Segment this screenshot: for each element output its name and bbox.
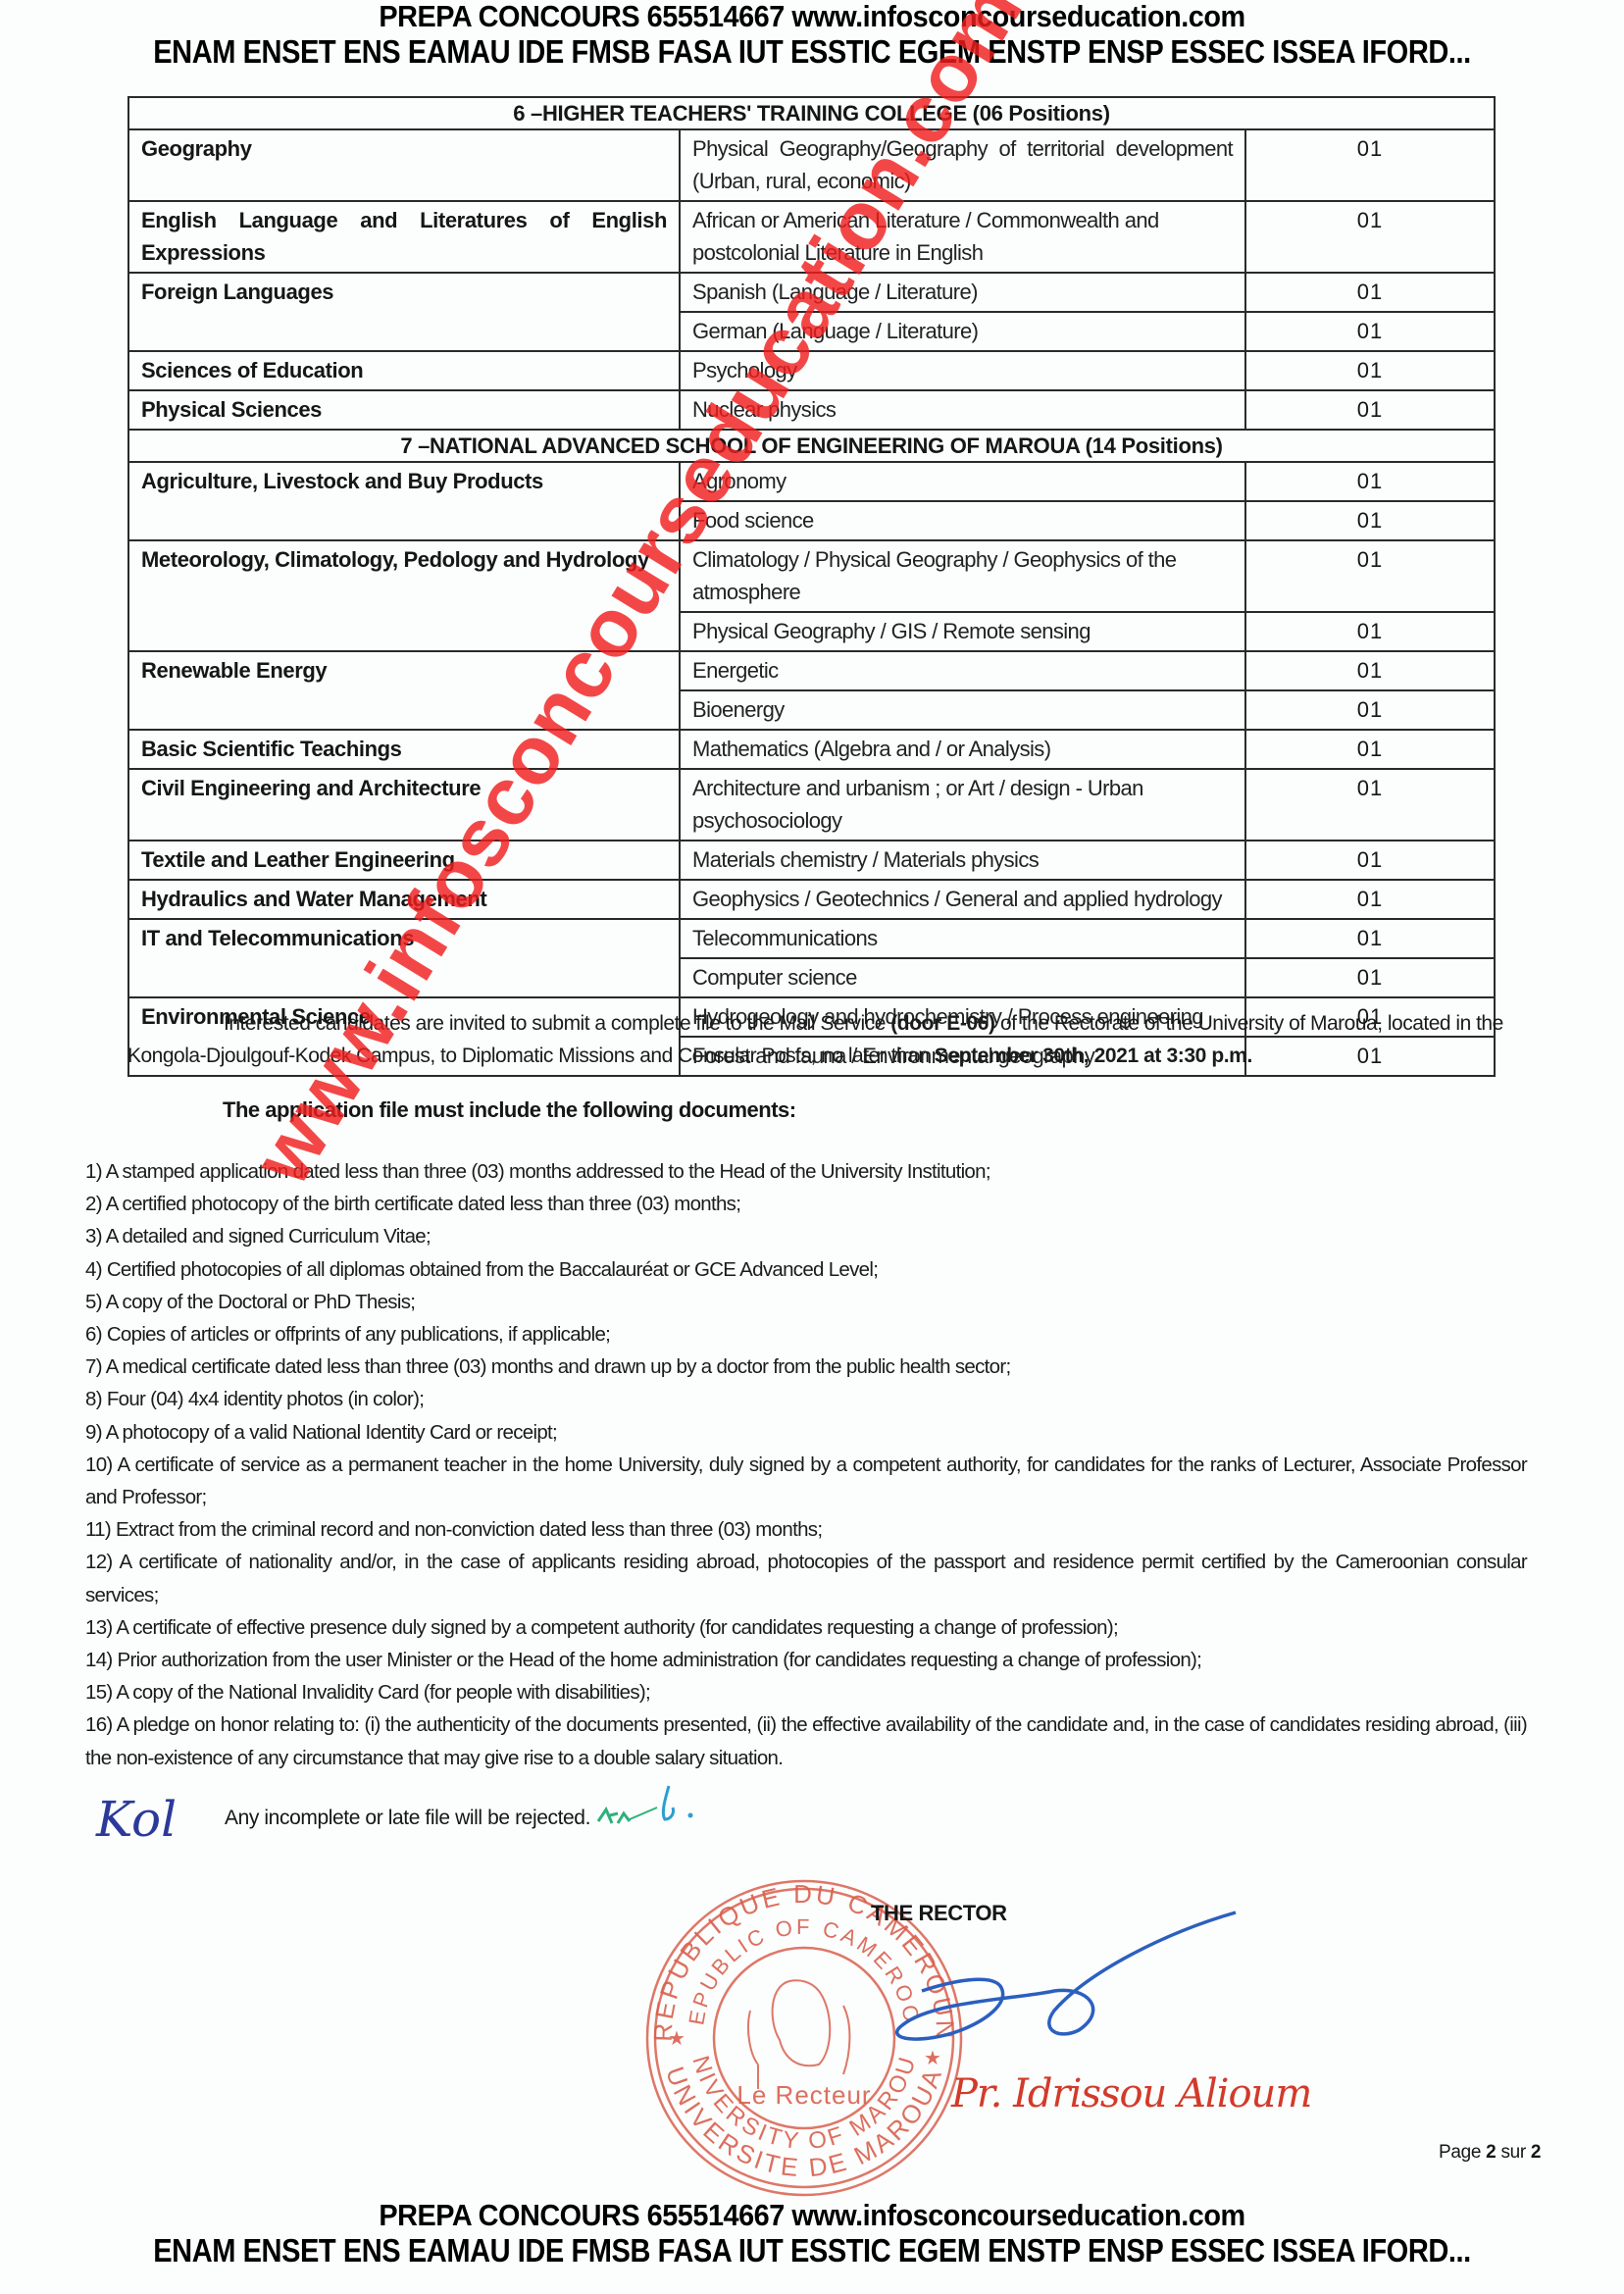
document-item: 5) A copy of the Doctoral or PhD Thesis; bbox=[85, 1286, 1527, 1318]
specialty-cell: German (Language / Literature) bbox=[680, 312, 1245, 351]
specialty-cell: Computer science bbox=[680, 958, 1245, 997]
specialty-cell: Mathematics (Algebra and / or Analysis) bbox=[680, 730, 1245, 769]
documents-list: 1) A stamped application dated less than… bbox=[85, 1155, 1527, 1774]
table-row: Renewable EnergyEnergetic01 bbox=[128, 651, 1495, 690]
table-row: Civil Engineering and ArchitectureArchit… bbox=[128, 769, 1495, 841]
specialty-cell: Food science bbox=[680, 501, 1245, 540]
banner-line-1: PREPA CONCOURS 655514667 www.infosconcou… bbox=[57, 2199, 1567, 2232]
positions-cell: 01 bbox=[1245, 273, 1495, 312]
table-row: Agriculture, Livestock and Buy ProductsA… bbox=[128, 462, 1495, 501]
svg-text:★: ★ bbox=[924, 2048, 944, 2069]
document-item: 15) A copy of the National Invalidity Ca… bbox=[85, 1676, 1527, 1708]
table-row: Basic Scientific TeachingsMathematics (A… bbox=[128, 730, 1495, 769]
intro-paragraph: Interested candidates are invited to sub… bbox=[127, 1007, 1530, 1072]
department-cell: Foreign Languages bbox=[128, 273, 680, 351]
page-total: 2 bbox=[1531, 2142, 1541, 2163]
department-cell: Geography bbox=[128, 129, 680, 201]
section-title: 7 –NATIONAL ADVANCED SCHOOL OF ENGINEERI… bbox=[128, 430, 1495, 462]
department-cell: Sciences of Education bbox=[128, 351, 680, 390]
specialty-cell: Climatology / Physical Geography / Geoph… bbox=[680, 540, 1245, 612]
positions-cell: 01 bbox=[1245, 390, 1495, 430]
door-number: (door E-06) bbox=[890, 1012, 994, 1035]
positions-cell: 01 bbox=[1245, 730, 1495, 769]
table-row: Sciences of EducationPsychology01 bbox=[128, 351, 1495, 390]
document-item: 13) A certificate of effective presence … bbox=[85, 1611, 1527, 1644]
specialty-cell: Physical Geography/Geography of territor… bbox=[680, 129, 1245, 201]
specialty-cell: Nuclear physics bbox=[680, 390, 1245, 430]
table-row: Physical SciencesNuclear physics01 bbox=[128, 390, 1495, 430]
page-number: Page 2 sur 2 bbox=[1439, 2142, 1541, 2164]
banner-line-2: ENAM ENSET ENS EAMAU IDE FMSB FASA IUT E… bbox=[97, 33, 1526, 71]
document-item: 9) A photocopy of a valid National Ident… bbox=[85, 1416, 1527, 1449]
documents-heading: The application file must include the fo… bbox=[223, 1097, 796, 1123]
document-item: 14) Prior authorization from the user Mi… bbox=[85, 1644, 1527, 1676]
banner-top: PREPA CONCOURS 655514667 www.infosconcou… bbox=[0, 0, 1624, 71]
document-item: 3) A detailed and signed Curriculum Vita… bbox=[85, 1220, 1527, 1252]
final-note: Any incomplete or late file will be reje… bbox=[225, 1807, 590, 1830]
document-item: 8) Four (04) 4x4 identity photos (in col… bbox=[85, 1383, 1527, 1415]
svg-text:Le Recteur: Le Recteur bbox=[736, 2080, 871, 2110]
positions-cell: 01 bbox=[1245, 129, 1495, 201]
specialty-cell: Geophysics / Geotechnics / General and a… bbox=[680, 880, 1245, 919]
department-cell: Agriculture, Livestock and Buy Products bbox=[128, 462, 680, 540]
document-item: 7) A medical certificate dated less than… bbox=[85, 1351, 1527, 1383]
table-row: Textile and Leather EngineeringMaterials… bbox=[128, 841, 1495, 880]
specialty-cell: Agronomy bbox=[680, 462, 1245, 501]
positions-cell: 01 bbox=[1245, 880, 1495, 919]
section-header-row: 6 –HIGHER TEACHERS' TRAINING COLLEGE (06… bbox=[128, 97, 1495, 129]
department-cell: Civil Engineering and Architecture bbox=[128, 769, 680, 841]
department-cell: English Language and Literatures of Engl… bbox=[128, 201, 680, 273]
specialty-cell: Spanish (Language / Literature) bbox=[680, 273, 1245, 312]
department-cell: Hydraulics and Water Management bbox=[128, 880, 680, 919]
rector-title: THE RECTOR bbox=[871, 1901, 1007, 1926]
positions-cell: 01 bbox=[1245, 690, 1495, 730]
department-cell: Basic Scientific Teachings bbox=[128, 730, 680, 769]
table-row: English Language and Literatures of Engl… bbox=[128, 201, 1495, 273]
positions-cell: 01 bbox=[1245, 769, 1495, 841]
table-row: Meteorology, Climatology, Pedology and H… bbox=[128, 540, 1495, 612]
positions-cell: 01 bbox=[1245, 651, 1495, 690]
deadline: September 30th, 2021 at 3:30 p.m. bbox=[935, 1045, 1252, 1067]
specialty-cell: African or American Literature / Commonw… bbox=[680, 201, 1245, 273]
section-title: 6 –HIGHER TEACHERS' TRAINING COLLEGE (06… bbox=[128, 97, 1495, 129]
rector-name: Pr. Idrissou Alioum bbox=[951, 2071, 1311, 2116]
department-cell: Meteorology, Climatology, Pedology and H… bbox=[128, 540, 680, 651]
positions-cell: 01 bbox=[1245, 841, 1495, 880]
table-row: Hydraulics and Water ManagementGeophysic… bbox=[128, 880, 1495, 919]
table-row: GeographyPhysical Geography/Geography of… bbox=[128, 129, 1495, 201]
specialty-cell: Psychology bbox=[680, 351, 1245, 390]
table-row: IT and TelecommunicationsTelecommunicati… bbox=[128, 919, 1495, 958]
positions-table: 6 –HIGHER TEACHERS' TRAINING COLLEGE (06… bbox=[127, 96, 1496, 1077]
table-row: Foreign LanguagesSpanish (Language / Lit… bbox=[128, 273, 1495, 312]
department-cell: Textile and Leather Engineering bbox=[128, 841, 680, 880]
positions-cell: 01 bbox=[1245, 501, 1495, 540]
document-item: 11) Extract from the criminal record and… bbox=[85, 1513, 1527, 1546]
specialty-cell: Materials chemistry / Materials physics bbox=[680, 841, 1245, 880]
document-item: 4) Certified photocopies of all diplomas… bbox=[85, 1253, 1527, 1286]
handwritten-mark-icon bbox=[588, 1780, 745, 1839]
positions-cell: 01 bbox=[1245, 919, 1495, 958]
section-header-row: 7 –NATIONAL ADVANCED SCHOOL OF ENGINEERI… bbox=[128, 430, 1495, 462]
specialty-cell: Architecture and urbanism ; or Art / des… bbox=[680, 769, 1245, 841]
specialty-cell: Bioenergy bbox=[680, 690, 1245, 730]
department-cell: Renewable Energy bbox=[128, 651, 680, 730]
page-current: 2 bbox=[1486, 2142, 1496, 2163]
positions-cell: 01 bbox=[1245, 462, 1495, 501]
document-item: 2) A certified photocopy of the birth ce… bbox=[85, 1188, 1527, 1220]
document-item: 16) A pledge on honor relating to: (i) t… bbox=[85, 1708, 1527, 1773]
specialty-cell: Energetic bbox=[680, 651, 1245, 690]
positions-cell: 01 bbox=[1245, 540, 1495, 612]
banner-bottom: PREPA CONCOURS 655514667 www.infosconcou… bbox=[0, 2199, 1624, 2269]
banner-line-1: PREPA CONCOURS 655514667 www.infosconcou… bbox=[57, 0, 1567, 33]
specialty-cell: Telecommunications bbox=[680, 919, 1245, 958]
specialty-cell: Physical Geography / GIS / Remote sensin… bbox=[680, 612, 1245, 651]
document-item: 12) A certificate of nationality and/or,… bbox=[85, 1546, 1527, 1610]
banner-line-2: ENAM ENSET ENS EAMAU IDE FMSB FASA IUT E… bbox=[97, 2232, 1526, 2269]
document-item: 6) Copies of articles or offprints of an… bbox=[85, 1318, 1527, 1351]
department-cell: Physical Sciences bbox=[128, 390, 680, 430]
positions-cell: 01 bbox=[1245, 612, 1495, 651]
positions-cell: 01 bbox=[1245, 958, 1495, 997]
positions-cell: 01 bbox=[1245, 312, 1495, 351]
handwritten-initials: Kol bbox=[96, 1791, 177, 1848]
positions-cell: 01 bbox=[1245, 201, 1495, 273]
document-item: 1) A stamped application dated less than… bbox=[85, 1155, 1527, 1188]
department-cell: IT and Telecommunications bbox=[128, 919, 680, 997]
positions-cell: 01 bbox=[1245, 351, 1495, 390]
document-item: 10) A certificate of service as a perman… bbox=[85, 1449, 1527, 1513]
svg-text:★: ★ bbox=[668, 2028, 688, 2050]
